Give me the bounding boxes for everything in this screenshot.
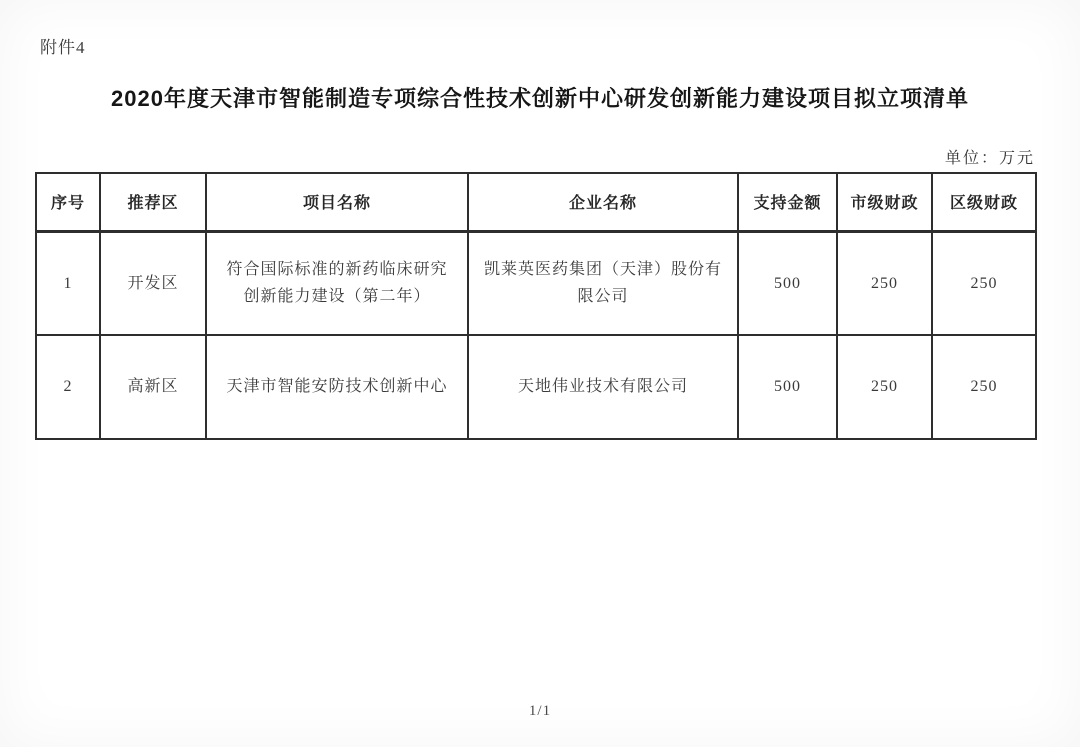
- cell-support-amount: 500: [738, 231, 837, 335]
- header-district: 推荐区: [100, 173, 206, 231]
- cell-district: 高新区: [100, 335, 206, 439]
- page-number: 1/1: [0, 703, 1080, 720]
- header-municipal-finance: 市级财政: [837, 173, 932, 231]
- cell-district-finance: 250: [932, 335, 1036, 439]
- header-project-name: 项目名称: [206, 173, 468, 231]
- cell-company-name: 凯莱英医药集团（天津）股份有 限公司: [468, 231, 738, 335]
- project-table: 序号 推荐区 项目名称 企业名称 支持金额 市级财政 区级财政 1 开发区 符合…: [35, 172, 1037, 440]
- cell-municipal-finance: 250: [837, 231, 932, 335]
- header-row: 序号 推荐区 项目名称 企业名称 支持金额 市级财政 区级财政: [36, 173, 1036, 231]
- cell-district-finance: 250: [932, 231, 1036, 335]
- table-row: 1 开发区 符合国际标准的新药临床研究 创新能力建设（第二年） 凯莱英医药集团（…: [36, 231, 1036, 335]
- attachment-label: 附件4: [40, 33, 86, 58]
- header-district-finance: 区级财政: [932, 173, 1036, 231]
- document-page: 附件4 2020年度天津市智能制造专项综合性技术创新中心研发创新能力建设项目拟立…: [0, 0, 1080, 747]
- header-support-amount: 支持金额: [738, 173, 837, 231]
- unit-note: 单位：万元: [35, 145, 1035, 168]
- cell-project-name: 符合国际标准的新药临床研究 创新能力建设（第二年）: [206, 231, 468, 335]
- cell-seq: 1: [36, 231, 100, 335]
- cell-company-name: 天地伟业技术有限公司: [468, 335, 738, 439]
- cell-seq: 2: [36, 335, 100, 439]
- cell-project-name: 天津市智能安防技术创新中心: [206, 335, 468, 439]
- header-company-name: 企业名称: [468, 173, 738, 231]
- cell-support-amount: 500: [738, 335, 837, 439]
- table-row: 2 高新区 天津市智能安防技术创新中心 天地伟业技术有限公司 500 250 2…: [36, 335, 1036, 439]
- page-title: 2020年度天津市智能制造专项综合性技术创新中心研发创新能力建设项目拟立项清单: [0, 82, 1080, 113]
- cell-municipal-finance: 250: [837, 335, 932, 439]
- header-seq: 序号: [36, 173, 100, 231]
- cell-district: 开发区: [100, 231, 206, 335]
